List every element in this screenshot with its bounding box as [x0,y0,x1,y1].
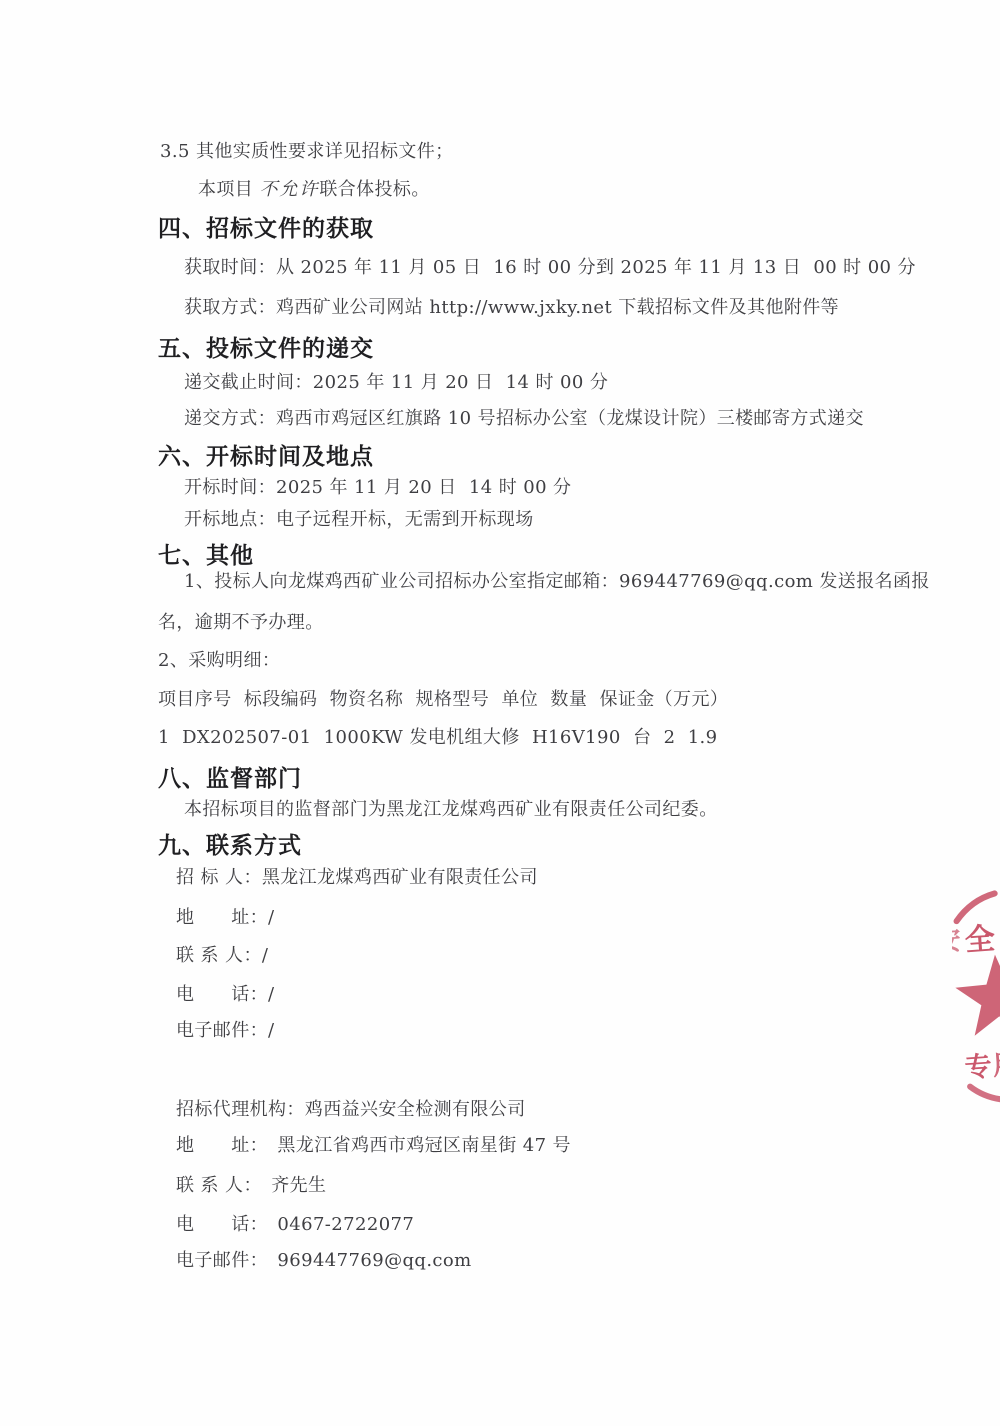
acquisition-method-line: 获取方式：鸡西矿业公司网站 http://www.jxky.net 下载招标文件… [184,297,839,320]
section-8-heading: 八、监督部门 [158,760,302,793]
bidder-contact-row: 联 系 人：/ [176,945,268,968]
bidder-phone-row: 电 话：/ [176,984,274,1007]
section-6-heading: 六、开标时间及地点 [158,438,374,471]
section-5-heading: 五、投标文件的递交 [158,330,374,363]
agency-contact-row: 联 系 人： 齐先生 [176,1175,326,1198]
official-seal-stamp: 安 全 专 用 [952,888,1000,1110]
stamp-char-top: 全 [964,922,996,959]
joint-bid-prefix: 本项目 [198,179,259,200]
submission-deadline-line: 递交截止时间：2025 年 11 月 20 日 14 时 00 分 [184,372,608,395]
acquisition-time-line: 获取时间：从 2025 年 11 月 05 日 16 时 00 分到 2025 … [184,257,916,280]
bidder-email-row: 电子邮件：/ [176,1020,274,1043]
section-9-heading: 九、联系方式 [158,827,302,860]
registration-email-line: 1、投标人向龙煤鸡西矿业公司招标办公室指定邮箱：969447769@qq.com… [184,571,930,594]
agency-name-row: 招标代理机构：鸡西益兴安全检测有限公司 [176,1099,526,1122]
stamp-char-bottom: 专 [964,1050,993,1084]
clause-3-5: 3.5 其他实质性要求详见招标文件； [160,141,454,164]
joint-bid-suffix: 联合体投标。 [319,179,429,200]
scanned-tender-document-page: 3.5 其他实质性要求详见招标文件； 本项目 不允许联合体投标。 四、招标文件的… [0,0,1000,1426]
procurement-table-header: 项目序号 标段编码 物资名称 规格型号 单位 数量 保证金（万元） [158,689,728,712]
section-7-heading: 七、其他 [158,537,254,570]
stamp-star-icon [953,952,1000,1037]
bidder-address-row: 地 址：/ [176,907,274,930]
agency-email-row: 电子邮件： 969447769@qq.com [176,1250,472,1273]
registration-email-line-continued: 名，逾期不予办理。 [158,612,324,635]
procurement-table-row: 1 DX202507-01 1000KW 发电机组大修 H16V190 台 2 … [158,727,718,750]
bid-opening-place-line: 开标地点：电子远程开标，无需到开标现场 [184,509,534,532]
joint-bid-emphasis: 不允许 [259,179,319,200]
agency-address-row: 地 址： 黑龙江省鸡西市鸡冠区南星街 47 号 [176,1135,571,1158]
joint-bid-note: 本项目 不允许联合体投标。 [198,179,430,202]
submission-method-line: 递交方式：鸡西市鸡冠区红旗路 10 号招标办公室（龙煤设计院）三楼邮寄方式递交 [184,408,864,431]
supervision-department-line: 本招标项目的监督部门为黑龙江龙煤鸡西矿业有限责任公司纪委。 [184,799,718,822]
stamp-partial-char-top: 安 [952,925,962,958]
stamp-border-bottom-arc [970,1084,1000,1103]
bidder-name-row: 招 标 人：黑龙江龙煤鸡西矿业有限责任公司 [176,867,538,890]
bid-opening-time-line: 开标时间：2025 年 11 月 20 日 14 时 00 分 [184,477,571,500]
section-4-heading: 四、招标文件的获取 [158,210,374,243]
procurement-detail-label: 2、采购明细： [158,650,280,673]
agency-phone-row: 电 话： 0467-2722077 [176,1214,414,1237]
stamp-border-top-arc [955,893,997,921]
stamp-partial-char-bottom: 用 [992,1049,1000,1082]
